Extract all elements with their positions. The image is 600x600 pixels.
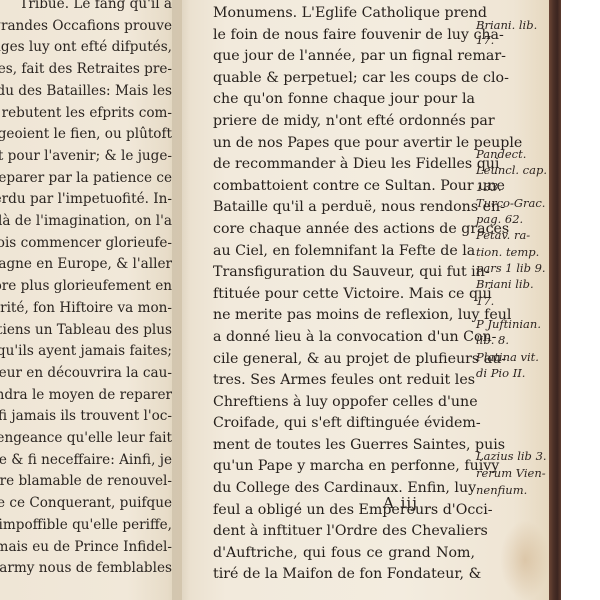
- text-line: antages luy ont efté difputés,: [0, 37, 172, 59]
- text-line: au Ciel, en folemnifant la Fefte de la: [213, 241, 475, 263]
- text-line: Monumens. L'Eglife Catholique prend: [213, 3, 475, 25]
- left-page-text: Tribue. Le fang qu'il a de grandes Occaf…: [0, 0, 172, 580]
- text-line: le foin de nous faire fouvenir de luy ch…: [213, 25, 475, 47]
- text-line: tiré de la Maifon de fon Fondateur, &: [213, 564, 475, 586]
- book-photograph: Tribue. Le fang qu'il a de grandes Occaf…: [0, 0, 600, 600]
- text-line: es qu'ils ayent jamais faites;: [0, 341, 172, 363]
- book-gutter: [172, 0, 202, 600]
- text-line: cile general, & au projet de plufieurs a…: [213, 349, 475, 371]
- margin-note: P Juftinian. lib. 8. Platina vit. di Pio…: [476, 316, 541, 381]
- text-line: ftituée pour cette Victoire. Mais ce qui: [213, 284, 475, 306]
- text-line: prendra le moyen de reparer: [0, 385, 172, 407]
- note-line: Briani. lib.: [476, 18, 537, 33]
- note-line: Petav. ra-: [476, 227, 547, 243]
- text-line: qu'un Pape y marcha en perfonne, fuivy: [213, 456, 475, 478]
- paper-stain: [500, 520, 550, 600]
- text-line: erdu par l'impetuofité. In-: [0, 189, 172, 211]
- background: [561, 0, 600, 600]
- text-line: priere de midy, n'ont efté ordonnés par: [213, 111, 475, 133]
- margin-note: Pandect. Leuncl. cap. 133. Turco-Grac. p…: [476, 146, 547, 309]
- note-line: 133.: [476, 179, 547, 195]
- text-line: ui rebutent les efprits com-: [0, 103, 172, 125]
- text-line: ne merite pas moins de reflexion, luy fe…: [213, 305, 475, 327]
- text-line: le leur en découvrira la cau-: [0, 363, 172, 385]
- text-line: tres. Ses Armes feules ont reduit les: [213, 370, 475, 392]
- text-line: che qu'on fonne chaque jour pour la: [213, 89, 475, 111]
- text-line: delà de l'imagination, on l'a: [0, 211, 172, 233]
- text-line: fi jamais ils trouvent l'oc-: [0, 406, 172, 428]
- text-line: a donné lieu à la convocation d'un Con-: [213, 327, 475, 349]
- signature-mark: A iij: [383, 494, 418, 512]
- text-line: Sieges, fait des Retraites pre-: [0, 59, 172, 81]
- cover-edge: [549, 0, 561, 600]
- note-line: Platina vit.: [476, 349, 541, 365]
- note-line: rerum Vien-: [476, 465, 547, 482]
- margin-note: Briani. lib. 17.: [476, 18, 537, 48]
- note-line: di Pio II.: [476, 365, 541, 381]
- text-line: ment de toutes les Guerres Saintes, puis: [213, 435, 475, 457]
- text-line: ore plus glorieufement en: [0, 276, 172, 298]
- text-line: Chreftiens à luy oppofer celles d'une: [213, 392, 475, 414]
- note-line: Turco-Grac.: [476, 195, 547, 211]
- note-line: lib. 8.: [476, 332, 541, 348]
- text-line: ne fois commencer glorieufe-: [0, 233, 172, 255]
- text-line: que jour de l'année, par un fignal remar…: [213, 46, 475, 68]
- text-line: é parmy nous de femblables: [0, 558, 172, 580]
- text-line: Croifade, qui s'eft diftinguée évidem-: [213, 413, 475, 435]
- text-line: Tribue. Le fang qu'il a: [0, 0, 172, 16]
- note-line: pars 1 lib 9.: [476, 260, 547, 276]
- text-line: eftre blamable de renouvel-: [0, 471, 172, 493]
- text-line: vengeance qu'elle leur fait: [0, 428, 172, 450]
- note-line: nenfium.: [476, 482, 547, 499]
- text-line: foit reparer par la patience ce: [0, 168, 172, 190]
- text-line: combattoient contre ce Sultan. Pour une: [213, 176, 475, 198]
- note-line: P Juftinian.: [476, 316, 541, 332]
- note-line: Leuncl. cap.: [476, 162, 547, 178]
- text-line: ne & fi neceffaire: Ainfi, je: [0, 450, 172, 472]
- text-line: jamais eu de Prince Infidel-: [0, 537, 172, 559]
- note-line: tion. temp.: [476, 244, 547, 260]
- text-line: Transfiguration du Sauveur, qui fut in-: [213, 262, 475, 284]
- text-line: du College des Cardinaux. Enfin, luy: [213, 478, 475, 500]
- text-line: rageoient le fien, ou plûtoft: [0, 124, 172, 146]
- text-line: erité, fon Hiftoire va mon-: [0, 298, 172, 320]
- text-line: de recommander à Dieu les Fidelles qui: [213, 154, 475, 176]
- text-line: perdu des Batailles: Mais les: [0, 81, 172, 103]
- text-line: Bataille qu'il a perduë, nous rendons en…: [213, 197, 475, 219]
- note-line: Pandect.: [476, 146, 547, 162]
- note-line: pag. 62.: [476, 211, 547, 227]
- text-line: dent à inftituer l'Ordre des Chevaliers: [213, 521, 475, 543]
- text-line: d'Auftriche, qui fous ce grand Nom,: [213, 543, 475, 565]
- text-line: core chaque année des actions de graces: [213, 219, 475, 241]
- right-page-text: Monumens. L'Eglife Catholique prend le f…: [213, 3, 475, 586]
- note-line: 17.: [476, 293, 547, 309]
- text-line: mpagne en Europe, & l'aller: [0, 254, 172, 276]
- note-line: 17.: [476, 33, 537, 48]
- text-line: nt pour l'avenir; & le juge-: [0, 146, 172, 168]
- text-line: un de nos Papes que pour avertir le peup…: [213, 133, 475, 155]
- text-line: e de ce Conquerant, puifque: [0, 493, 172, 515]
- text-line: feul a obligé un des Empereurs d'Occi-: [213, 500, 475, 522]
- text-line: quable & perpetuel; car les coups de clo…: [213, 68, 475, 90]
- text-line: de grandes Occafions prouve: [0, 16, 172, 38]
- note-line: Lazius lib 3.: [476, 448, 547, 465]
- note-line: Briani lib.: [476, 276, 547, 292]
- text-line: eftiens un Tableau des plus: [0, 320, 172, 342]
- margin-note: Lazius lib 3. rerum Vien- nenfium.: [476, 448, 547, 499]
- text-line: t impoffible qu'elle periffe,: [0, 515, 172, 537]
